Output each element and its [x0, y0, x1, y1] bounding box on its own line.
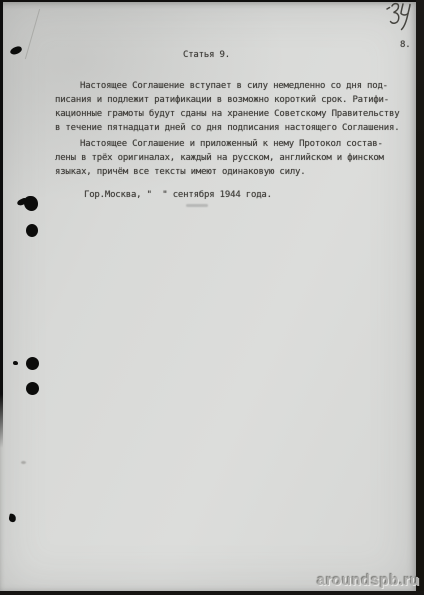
paragraph-1: Настоящее Соглашение вступает в силу нем… — [55, 79, 417, 135]
ink-blot — [26, 224, 38, 237]
ink-speck — [13, 361, 18, 365]
handwritten-34-glyph — [385, 0, 419, 32]
scanned-document-page: Статья 9. 8. Настоящее Соглашение вступа… — [0, 0, 424, 595]
handwritten-folio-number — [385, 0, 419, 32]
ink-blot — [26, 382, 39, 395]
paragraph-line: кационные грамоты будут сданы на хранени… — [55, 107, 417, 121]
ink-blot — [24, 196, 38, 211]
paragraph-line: лены в трёх оригиналах, каждый на русско… — [55, 151, 417, 165]
typed-page-number: 8. — [400, 38, 410, 52]
ink-blot — [26, 357, 39, 370]
paragraph-2: Настоящее Соглашение и приложенный к нем… — [55, 137, 417, 179]
paragraph-line: Настоящее Соглашение вступает в силу нем… — [55, 79, 417, 93]
watermark: aroundspb.ru — [317, 572, 420, 589]
paragraph-line: писания и подлежит ратификации в возможн… — [55, 93, 417, 107]
paper-speck — [21, 461, 26, 464]
article-title: Статья 9. — [183, 48, 230, 62]
dateline: Гор.Москва, " " сентября 1944 года. — [84, 188, 272, 202]
document-text: Статья 9. 8. Настоящее Соглашение вступа… — [0, 0, 424, 595]
erasure-smudge — [186, 204, 208, 207]
paragraph-line: в течение пятнадцати дней со дня подписа… — [55, 121, 417, 135]
paragraph-line: Настоящее Соглашение и приложенный к нем… — [55, 137, 417, 151]
paragraph-line: языках, причём все тексты имеют одинаков… — [55, 165, 417, 179]
